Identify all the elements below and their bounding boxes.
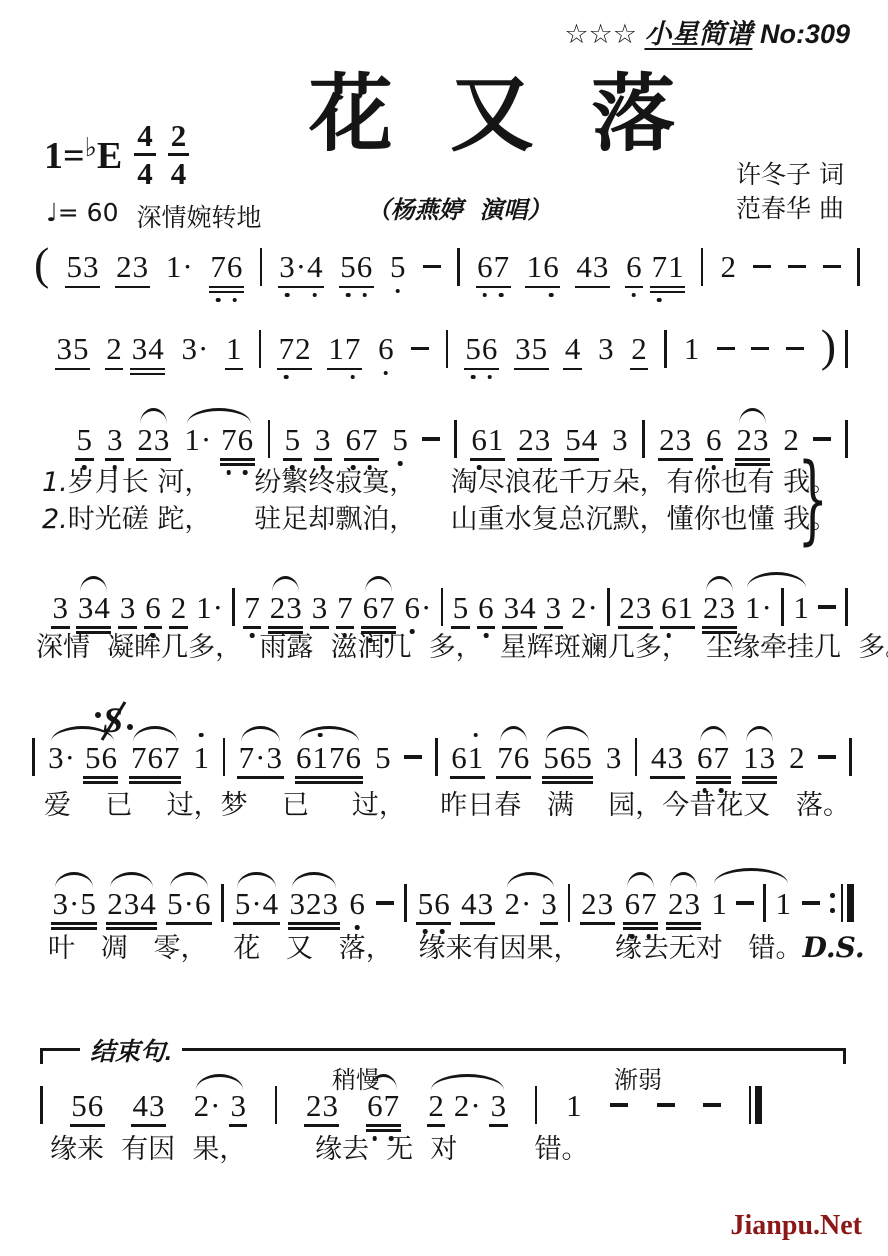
note: 56	[84, 742, 117, 773]
barline	[857, 248, 860, 286]
note: 34	[503, 592, 536, 623]
note: 1·	[196, 592, 224, 623]
note-group	[40, 1086, 43, 1124]
note: 5·4	[234, 888, 278, 919]
note-group: 56	[417, 888, 450, 919]
dash-extension	[423, 265, 441, 268]
note-group: 17	[328, 333, 361, 364]
note: 3	[52, 592, 69, 623]
note-group: 67	[477, 251, 510, 282]
note-group	[223, 738, 226, 776]
note-group: 23	[659, 424, 692, 455]
note-group: 1	[193, 742, 210, 773]
note: 23	[269, 592, 302, 623]
note-group: 53	[66, 251, 99, 282]
note: 16	[526, 251, 559, 282]
note-group: 3·	[181, 333, 209, 364]
note-group	[845, 420, 848, 458]
note-group	[753, 265, 771, 268]
note: 1	[226, 333, 243, 364]
note: 23	[305, 1090, 338, 1121]
note: 23	[518, 424, 551, 455]
music-line-intro-2: 352343·17217656354321)	[56, 328, 848, 369]
note-group: 6	[478, 592, 495, 623]
note-group: 3	[106, 424, 123, 455]
note-group: 61	[661, 592, 694, 623]
note: 56	[71, 1090, 104, 1121]
note: 23	[667, 888, 700, 919]
music-line-intro-1: (53231·763·45656716436712	[34, 246, 860, 287]
ending-section: 结束句. 稍慢 渐弱 56432·3236722·31 缘来 有因 果， 缘去 …	[40, 1048, 846, 1228]
note: 5	[284, 424, 301, 455]
barline	[441, 588, 444, 626]
note: 2	[631, 333, 648, 364]
note-group: 3	[605, 742, 622, 773]
note: 7·3	[238, 742, 282, 773]
barline	[849, 738, 852, 776]
note: 3	[106, 424, 123, 455]
note-group	[422, 437, 440, 440]
barline	[763, 884, 766, 922]
note: 6·	[404, 592, 432, 623]
note: 67	[367, 1090, 400, 1121]
note-group: 3	[315, 424, 332, 455]
note-group: 5	[375, 742, 392, 773]
note: 4	[564, 333, 581, 364]
note-group: 3	[119, 592, 136, 623]
note: 76	[497, 742, 530, 773]
bridge-lyrics: 深情 凝眸几多， 雨露 滋润几 多， 星辉斑斓几多， 尘缘牵挂几 多。	[36, 630, 888, 665]
note-group	[457, 248, 460, 286]
note: 6	[478, 592, 495, 623]
note-group	[610, 1103, 628, 1106]
slurred-note-group: 67	[367, 1090, 400, 1121]
slurred-note-group: 565	[543, 742, 593, 773]
slurred-note-group: 234	[107, 888, 157, 919]
barline	[457, 248, 460, 286]
slurred-note-group: 11	[711, 884, 792, 922]
note: 56	[417, 888, 450, 919]
note-group: 234	[106, 333, 165, 364]
note-group: 3	[52, 592, 69, 623]
note-group	[788, 265, 806, 268]
dash-extension	[376, 901, 394, 904]
barline	[454, 420, 457, 458]
note-group: 3	[545, 592, 562, 623]
barline	[845, 588, 848, 626]
barline	[701, 248, 704, 286]
note-group: 56	[71, 1090, 104, 1121]
note-group: 72	[278, 333, 311, 364]
barline	[221, 884, 224, 922]
note-group	[845, 588, 848, 626]
music-line-ending: 56432·3236722·31	[40, 1086, 762, 1124]
note: 3	[541, 888, 558, 919]
slurred-note-group: 22·3	[428, 1090, 507, 1121]
note-group	[717, 347, 735, 350]
dash-extension	[751, 347, 769, 350]
note-group: (	[34, 246, 49, 287]
note: 67	[362, 592, 395, 623]
note-group: 5	[284, 424, 301, 455]
note-group: 1	[566, 1090, 583, 1121]
dash-extension	[422, 437, 440, 440]
note-group	[423, 265, 441, 268]
music-line-chorus-2: 3·52345·65·4323656432·323672311	[52, 884, 854, 922]
note: 323	[289, 888, 339, 919]
note: 43	[132, 1090, 165, 1121]
note-group: 6·	[404, 592, 432, 623]
music-line-verse: 53231·76536756123543236232	[76, 420, 848, 458]
note-group: 2	[170, 592, 187, 623]
bracket-tick-right	[843, 1048, 846, 1064]
dash-extension	[411, 347, 429, 350]
note: 35	[56, 333, 89, 364]
dash-extension	[788, 265, 806, 268]
note: 43	[461, 888, 494, 919]
slurred-note-group: 23	[137, 424, 170, 455]
note: 6	[626, 251, 643, 282]
note: 34	[77, 592, 110, 623]
note: 3	[545, 592, 562, 623]
note-group: 6	[349, 888, 366, 919]
note-group	[568, 884, 571, 922]
time-signature-1: 4 4	[134, 120, 156, 189]
note: 6	[349, 888, 366, 919]
note-group: 23	[305, 1090, 338, 1121]
note-group	[751, 347, 769, 350]
note: 2	[106, 333, 123, 364]
verse-lyrics: 1.岁月长 河， 纷繁终寂寞， 淘尽浪花千万朵，有你也有 我。 2.时光磋 跎，…	[42, 464, 862, 538]
note-group	[642, 420, 645, 458]
note: 17	[328, 333, 361, 364]
barline	[404, 884, 407, 922]
note-group	[404, 884, 407, 922]
dash-extension	[813, 437, 831, 440]
note-group: 3	[612, 424, 629, 455]
note-group	[454, 420, 457, 458]
note: 76	[210, 251, 243, 282]
note-group	[813, 437, 831, 440]
note-group: 5	[452, 592, 469, 623]
barline	[635, 738, 638, 776]
note-group	[701, 248, 704, 286]
dash-extension	[786, 347, 804, 350]
note-group	[802, 901, 820, 904]
note-group	[857, 248, 860, 286]
watermark: Jianpu.Net	[731, 1210, 862, 1242]
note: 2	[720, 251, 737, 282]
note: 3	[598, 333, 615, 364]
slurred-note-group: 2·3	[504, 888, 557, 919]
tempo-value: ♩= 60	[46, 198, 119, 234]
note: 1	[193, 742, 210, 773]
note: 71	[651, 251, 684, 282]
note-group	[635, 738, 638, 776]
barline	[446, 330, 449, 368]
note-group: 7	[337, 592, 354, 623]
note: 5	[389, 251, 406, 282]
repeat-end-barline	[830, 884, 854, 922]
barline	[568, 884, 571, 922]
note: 23	[116, 251, 149, 282]
note-group	[232, 588, 235, 626]
final-barline	[749, 1086, 762, 1124]
note: 6176	[296, 742, 362, 773]
note: 76	[221, 424, 254, 455]
note-group	[260, 248, 263, 286]
note: 54	[565, 424, 598, 455]
note: 61	[471, 424, 504, 455]
barline	[642, 420, 645, 458]
note: 3	[311, 592, 328, 623]
note: 6	[145, 592, 162, 623]
barline	[664, 330, 667, 368]
slurred-note-group: 67	[697, 742, 730, 773]
note-group: 16	[526, 251, 559, 282]
note-group: 1·	[165, 251, 193, 282]
song-title: 花 又 落	[230, 72, 768, 156]
note-group: 3·4	[279, 251, 323, 282]
note-group	[221, 884, 224, 922]
verse-brace-icon: }	[797, 456, 828, 542]
note: 3·4	[279, 251, 323, 282]
slurred-note-group: 323	[289, 888, 339, 919]
note-group	[32, 738, 35, 776]
note: 7	[337, 592, 354, 623]
note: 35	[515, 333, 548, 364]
note-group	[823, 265, 841, 268]
note: 1	[793, 592, 810, 623]
performer: （杨燕婷 演唱）	[250, 190, 668, 225]
note: 3	[612, 424, 629, 455]
barline	[268, 420, 271, 458]
intro-paren: )	[821, 325, 836, 366]
dash-extension	[818, 605, 836, 608]
dash-extension	[736, 901, 754, 904]
slurred-note-group: 3·56	[48, 742, 118, 773]
note-group: 23	[619, 592, 652, 623]
note-group: 43	[651, 742, 684, 773]
note: 67	[697, 742, 730, 773]
note-group: 2·	[570, 592, 598, 623]
chorus-2-lyrics-row: 叶 凋 零， 花 又 落， 缘来有因果， 缘去无对 错。 D.S.	[48, 926, 854, 965]
note: 5	[375, 742, 392, 773]
ending-label: 结束句.	[80, 1032, 182, 1068]
note: 234	[107, 888, 157, 919]
note: 1·	[744, 592, 772, 623]
note: 2	[789, 742, 806, 773]
dash-extension	[818, 755, 836, 758]
note: 2	[170, 592, 187, 623]
dash-extension	[657, 1103, 675, 1106]
slurred-note-group: 3·5	[52, 888, 96, 919]
barline	[260, 248, 263, 286]
note: 67	[345, 424, 378, 455]
note-group: 34	[503, 592, 536, 623]
note-group: 67	[345, 424, 378, 455]
publisher-header: ☆☆☆ 小星简谱 No:309	[564, 12, 850, 51]
note: 3	[119, 592, 136, 623]
note-group: 3	[598, 333, 615, 364]
slurred-note-group: 5·4	[234, 888, 278, 919]
note-group: 23	[518, 424, 551, 455]
note-group: 6	[145, 592, 162, 623]
note: 5·6	[167, 888, 211, 919]
barline	[845, 330, 848, 368]
note-group	[657, 1103, 675, 1106]
note: 61	[661, 592, 694, 623]
note-group	[435, 738, 438, 776]
barline	[275, 1086, 278, 1124]
note: 767	[130, 742, 180, 773]
chorus-1-lyrics: 爱 已 过，梦 已 过， 昨日春 满 园，今昔花又 落。	[44, 788, 850, 823]
note-group: 5	[76, 424, 93, 455]
composer: 范春华 曲	[736, 194, 844, 223]
note: 2·	[453, 1090, 481, 1121]
slurred-note-group: 23	[736, 424, 769, 455]
barline	[32, 738, 35, 776]
dash-extension	[717, 347, 735, 350]
note-group: 43	[132, 1090, 165, 1121]
note-group	[535, 1086, 538, 1124]
note-group: 35	[515, 333, 548, 364]
note: 5	[76, 424, 93, 455]
credits: 许冬子 词范春华 曲	[736, 158, 844, 226]
key-time-signature: 1=♭E 4 4 2 4	[44, 120, 189, 189]
note: 5	[452, 592, 469, 623]
verse-2-lyrics: 2.时光磋 跎， 驻足却飘泊， 山重水复总沉默，懂你也懂 我。	[42, 501, 862, 538]
note: 3	[605, 742, 622, 773]
note-group: 43	[461, 888, 494, 919]
slurred-note-group: 67	[624, 888, 657, 919]
slurred-note-group: 23	[269, 592, 302, 623]
note-group: 23	[581, 888, 614, 919]
note-group: 61	[471, 424, 504, 455]
note: 3	[490, 1090, 507, 1121]
note: 43	[651, 742, 684, 773]
slurred-note-group: 6176	[296, 742, 362, 773]
note: 23	[703, 592, 736, 623]
dash-extension	[802, 901, 820, 904]
note: 13	[743, 742, 776, 773]
note-group: 1·	[196, 592, 224, 623]
note-group	[818, 605, 836, 608]
note: 23	[137, 424, 170, 455]
barline	[435, 738, 438, 776]
note: 1	[775, 888, 792, 919]
note: 3·	[48, 742, 76, 773]
note-group: 2	[789, 742, 806, 773]
note-group: )	[821, 328, 848, 369]
dash-extension	[610, 1103, 628, 1106]
slurred-note-group: 2·3	[193, 1090, 246, 1121]
note: 72	[278, 333, 311, 364]
dash-extension	[404, 755, 422, 758]
issue-number: No:309	[752, 19, 850, 49]
barline	[845, 420, 848, 458]
barline	[535, 1086, 538, 1124]
note: 3	[315, 424, 332, 455]
note: 2·	[193, 1090, 221, 1121]
note-group	[446, 330, 449, 368]
slurred-note-group: 767	[130, 742, 180, 773]
barline	[259, 330, 262, 368]
note: 53	[66, 251, 99, 282]
slurred-note-group: 1·1	[744, 588, 809, 626]
note: 565	[543, 742, 593, 773]
note-group: 5	[389, 251, 406, 282]
note-group	[411, 347, 429, 350]
slurred-note-group: 5·6	[167, 888, 211, 919]
note: 2·	[504, 888, 532, 919]
note: 56	[465, 333, 498, 364]
note: 23	[581, 888, 614, 919]
note: 3	[230, 1090, 247, 1121]
note-group: 2	[720, 251, 737, 282]
note-group: 6	[378, 333, 395, 364]
chorus-2-lyrics: 叶 凋 零， 花 又 落， 缘来有因果， 缘去无对 错。	[48, 926, 803, 965]
music-line-chorus-1: 3·5676717·361765617656534367132	[32, 738, 852, 776]
note-group: 76	[210, 251, 243, 282]
note: 2·	[570, 592, 598, 623]
note-group	[749, 1086, 762, 1124]
sheet-music-page: ☆☆☆ 小星简谱 No:309 花 又 落 （杨燕婷 演唱） 1=♭E 4 4 …	[0, 0, 888, 1256]
note-group: 7	[244, 592, 261, 623]
slurred-note-group: 23	[667, 888, 700, 919]
note: 1	[566, 1090, 583, 1121]
note: 6	[378, 333, 395, 364]
note-group	[786, 347, 804, 350]
note-group: 35	[56, 333, 89, 364]
note: 1·	[184, 424, 212, 455]
note: 23	[619, 592, 652, 623]
note: 56	[340, 251, 373, 282]
slurred-note-group: 13	[743, 742, 776, 773]
note-group: 61	[451, 742, 484, 773]
slurred-note-group: 1·76	[184, 424, 254, 455]
note-group	[664, 330, 667, 368]
barline	[232, 588, 235, 626]
note-group: 56	[340, 251, 373, 282]
dash-extension	[753, 265, 771, 268]
tempo-marking: ♩= 60深情婉转地	[46, 198, 262, 234]
note-group: 56	[465, 333, 498, 364]
note-group	[830, 884, 854, 922]
note: 3·5	[52, 888, 96, 919]
note-group	[404, 755, 422, 758]
note-group: 43	[576, 251, 609, 282]
note: 7	[244, 592, 261, 623]
lyricist: 许冬子 词	[736, 160, 844, 189]
music-line-bridge: 3343621·72337676·563432·2361231·1	[52, 588, 848, 626]
note: 5	[392, 424, 409, 455]
note-group	[268, 420, 271, 458]
note: 43	[576, 251, 609, 282]
barline	[40, 1086, 43, 1124]
ds-marking: D.S.	[803, 931, 865, 964]
dash-extension	[823, 265, 841, 268]
note-group: 54	[565, 424, 598, 455]
bracket-tick-left	[40, 1048, 43, 1064]
slurred-note-group: 67	[362, 592, 395, 623]
note-group	[259, 330, 262, 368]
flat-icon: ♭	[85, 133, 97, 163]
note-group	[275, 1086, 278, 1124]
expression-text: 深情婉转地	[137, 198, 262, 234]
key-signature: 1=♭E	[44, 135, 122, 175]
slurred-note-group: 23	[703, 592, 736, 623]
